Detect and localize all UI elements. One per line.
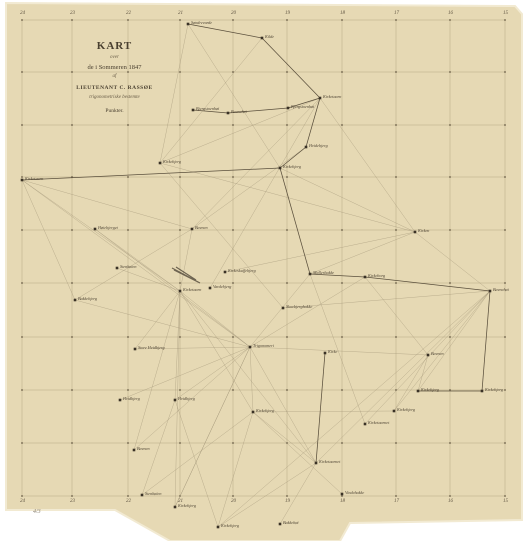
station-label: Kirketaarn (323, 94, 341, 99)
station-marker-icon (174, 506, 177, 509)
scale-label-bottom: 16 (448, 499, 453, 504)
station-label: Bjergstoenhøi (291, 104, 314, 109)
scale-label-top: 23 (70, 11, 75, 16)
station-marker-icon (74, 299, 77, 302)
grid-tick (21, 124, 23, 126)
grid-tick (286, 495, 288, 497)
grid-tick (449, 229, 451, 231)
station-label: Vindebakke (345, 490, 364, 495)
title-subtitle: trigonometriske bestemte (52, 95, 177, 100)
grid-tick (504, 19, 506, 21)
title-survey-season: de i Sommeren 1847 (52, 64, 177, 71)
station-marker-icon (191, 228, 194, 231)
grid-tick (395, 336, 397, 338)
grid-tick (286, 336, 288, 338)
grid-tick (127, 282, 129, 284)
station-marker-icon (249, 346, 252, 349)
scale-label-bottom: 19 (285, 499, 290, 504)
scale-label-top: 21 (178, 11, 183, 16)
station-marker-icon (179, 290, 182, 293)
grid-tick (395, 19, 397, 21)
grid-tick (71, 442, 73, 444)
grid-tick (341, 282, 343, 284)
station-marker-icon (393, 410, 396, 413)
archive-mark: 4/3 (33, 509, 41, 515)
grid-tick (341, 124, 343, 126)
station-label: Hvidbjerg (178, 396, 195, 401)
title-af: af (52, 74, 177, 79)
station-marker-icon (217, 526, 220, 529)
station-label: Kirkebjerg (283, 164, 301, 169)
scale-label-bottom: 17 (394, 499, 399, 504)
grid-tick (449, 282, 451, 284)
station-marker-icon (319, 97, 322, 100)
grid-tick (71, 336, 73, 338)
station-marker-icon (364, 423, 367, 426)
scale-label-bottom: 23 (70, 499, 75, 504)
grid-tick (232, 389, 234, 391)
grid-tick (232, 442, 234, 444)
station-marker-icon (341, 493, 344, 496)
scale-label-top: 15 (503, 11, 508, 16)
map-viewer: KART over de i Sommeren 1847 af LIEUTENA… (0, 0, 525, 541)
grid-tick (395, 176, 397, 178)
scale-label-bottom: 18 (340, 499, 345, 504)
station-label: Kilde (265, 34, 274, 39)
grid-tick (504, 124, 506, 126)
grid-tick (395, 71, 397, 73)
grid-tick (341, 495, 343, 497)
grid-tick (286, 229, 288, 231)
grid-tick (395, 124, 397, 126)
station-marker-icon (174, 399, 177, 402)
station-label: Kirkebjerg (397, 407, 415, 412)
station-label: Kirketaarnet (368, 420, 389, 425)
station-marker-icon (279, 167, 282, 170)
station-label: Bavnen (431, 351, 444, 356)
grid-tick (449, 19, 451, 21)
grid-tick (341, 71, 343, 73)
station-label: Kirketaarn (183, 287, 201, 292)
grid-tick (179, 229, 181, 231)
grid-tick (232, 495, 234, 497)
station-label: Kirkebjerg (163, 159, 181, 164)
station-marker-icon (305, 146, 308, 149)
grid-tick (127, 124, 129, 126)
grid-tick (341, 19, 343, 21)
grid-tick (395, 442, 397, 444)
grid-tick (127, 19, 129, 21)
station-label: Kirkebjerg (221, 523, 239, 528)
scale-label-top: 17 (394, 11, 399, 16)
station-label: Bavnehøi (493, 287, 509, 292)
grid-tick (504, 336, 506, 338)
station-label: Kirkebjerg (485, 387, 503, 392)
station-label: Hvidebjerg (309, 143, 328, 148)
station-label: Kirketaarn (25, 176, 43, 181)
station-label: Kirketaarnet (319, 459, 340, 464)
grid-tick (504, 176, 506, 178)
title-author: LIEUTENANT C. RASSØE (52, 85, 177, 91)
station-label: Trigonomeri (253, 343, 274, 348)
scale-label-bottom: 21 (178, 499, 183, 504)
grid-tick (449, 495, 451, 497)
grid-tick (395, 389, 397, 391)
grid-tick (504, 71, 506, 73)
grid-tick (232, 19, 234, 21)
station-marker-icon (159, 162, 162, 165)
grid-tick (127, 229, 129, 231)
scale-label-top: 24 (20, 11, 25, 16)
station-marker-icon (227, 112, 230, 115)
grid-tick (341, 176, 343, 178)
grid-tick (286, 282, 288, 284)
scale-label-bottom: 20 (231, 499, 236, 504)
grid-tick (504, 495, 506, 497)
grid-tick (449, 124, 451, 126)
station-label: Bjergstoenhøi (196, 106, 219, 111)
grid-tick (286, 176, 288, 178)
grid-tick (395, 229, 397, 231)
station-marker-icon (192, 109, 195, 112)
station-marker-icon (261, 37, 264, 40)
station-marker-icon (252, 411, 255, 414)
grid-tick (232, 124, 234, 126)
station-marker-icon (481, 390, 484, 393)
station-label: Kirke (328, 349, 337, 354)
map-title-block: KART over de i Sommeren 1847 af LIEUTENA… (52, 38, 177, 114)
station-marker-icon (116, 267, 119, 270)
station-marker-icon (315, 462, 318, 465)
grid-tick (395, 282, 397, 284)
grid-tick (286, 124, 288, 126)
grid-tick (504, 389, 506, 391)
station-label: Bavnen (195, 225, 208, 230)
station-label: Kirkeskuffebjerg (228, 268, 256, 273)
grid-tick (179, 336, 181, 338)
grid-tick (286, 19, 288, 21)
grid-tick (179, 389, 181, 391)
station-label: Bakkehøi (283, 520, 299, 525)
station-marker-icon (282, 307, 285, 310)
grid-tick (341, 336, 343, 338)
station-marker-icon (224, 271, 227, 274)
station-marker-icon (489, 290, 492, 293)
grid-tick (21, 442, 23, 444)
grid-tick (21, 176, 23, 178)
station-marker-icon (427, 354, 430, 357)
grid-tick (21, 495, 23, 497)
grid-tick (71, 495, 73, 497)
grid-tick (232, 282, 234, 284)
grid-tick (21, 71, 23, 73)
map-title: KART (52, 40, 177, 52)
grid-tick (179, 19, 181, 21)
station-label: Skovbjergbakke (286, 304, 312, 309)
grid-tick (504, 442, 506, 444)
grid-tick (127, 442, 129, 444)
grid-tick (71, 282, 73, 284)
grid-tick (179, 442, 181, 444)
title-over: over (52, 55, 177, 60)
station-label: Bavnen (137, 446, 150, 451)
scale-label-top: 18 (340, 11, 345, 16)
station-marker-icon (417, 390, 420, 393)
grid-tick (21, 336, 23, 338)
title-points: Punkter. (52, 108, 177, 114)
grid-tick (127, 495, 129, 497)
station-marker-icon (119, 399, 122, 402)
grid-tick (179, 282, 181, 284)
scale-label-top: 16 (448, 11, 453, 16)
grid-tick (341, 229, 343, 231)
station-label: Stenhøien (120, 264, 137, 269)
station-label: Kirkeborg (368, 273, 385, 278)
grid-tick (286, 71, 288, 73)
station-marker-icon (279, 523, 282, 526)
station-marker-icon (94, 228, 97, 231)
grid-tick (449, 71, 451, 73)
station-marker-icon (309, 273, 312, 276)
grid-tick (21, 389, 23, 391)
grid-tick (127, 176, 129, 178)
station-label: Kirkebjerg (256, 408, 274, 413)
station-label: Vardebjerg (213, 284, 231, 289)
scale-label-bottom: 24 (20, 499, 25, 504)
grid-tick (286, 389, 288, 391)
station-marker-icon (134, 348, 137, 351)
station-label: Møllerbakke (313, 270, 334, 275)
station-label: Stenhøien (145, 491, 162, 496)
station-marker-icon (187, 23, 190, 26)
station-marker-icon (133, 449, 136, 452)
grid-tick (286, 442, 288, 444)
station-label: Kirken (418, 228, 429, 233)
station-marker-icon (287, 107, 290, 110)
grid-tick (504, 229, 506, 231)
station-label: Bavnehøi (231, 109, 247, 114)
scale-label-bottom: 15 (503, 499, 508, 504)
grid-tick (71, 19, 73, 21)
station-label: Søndrevarde (191, 20, 212, 25)
station-marker-icon (324, 352, 327, 355)
grid-tick (341, 442, 343, 444)
station-marker-icon (414, 231, 417, 234)
station-label: Store Hvidbjerg (138, 345, 165, 350)
grid-tick (127, 389, 129, 391)
grid-tick (504, 282, 506, 284)
station-label: Bakkebjerg (78, 296, 97, 301)
grid-tick (127, 336, 129, 338)
station-label: Kirkebjerg (421, 387, 439, 392)
grid-tick (71, 124, 73, 126)
grid-tick (21, 19, 23, 21)
grid-tick (449, 336, 451, 338)
grid-tick (395, 495, 397, 497)
grid-tick (449, 442, 451, 444)
grid-tick (232, 176, 234, 178)
scale-label-top: 20 (231, 11, 236, 16)
station-label: Hvidbjerg (123, 396, 140, 401)
grid-tick (21, 229, 23, 231)
grid-tick (71, 389, 73, 391)
grid-tick (341, 389, 343, 391)
station-marker-icon (364, 276, 367, 279)
grid-tick (71, 229, 73, 231)
station-label: Høiebjerget (98, 225, 118, 230)
grid-tick (449, 176, 451, 178)
grid-tick (179, 176, 181, 178)
scale-label-top: 19 (285, 11, 290, 16)
grid-tick (21, 282, 23, 284)
scale-label-top: 22 (126, 11, 131, 16)
grid-tick (232, 229, 234, 231)
station-marker-icon (21, 179, 24, 182)
station-marker-icon (141, 494, 144, 497)
scale-label-bottom: 22 (126, 499, 131, 504)
grid-tick (179, 71, 181, 73)
grid-tick (232, 336, 234, 338)
station-marker-icon (209, 287, 212, 290)
grid-tick (179, 124, 181, 126)
